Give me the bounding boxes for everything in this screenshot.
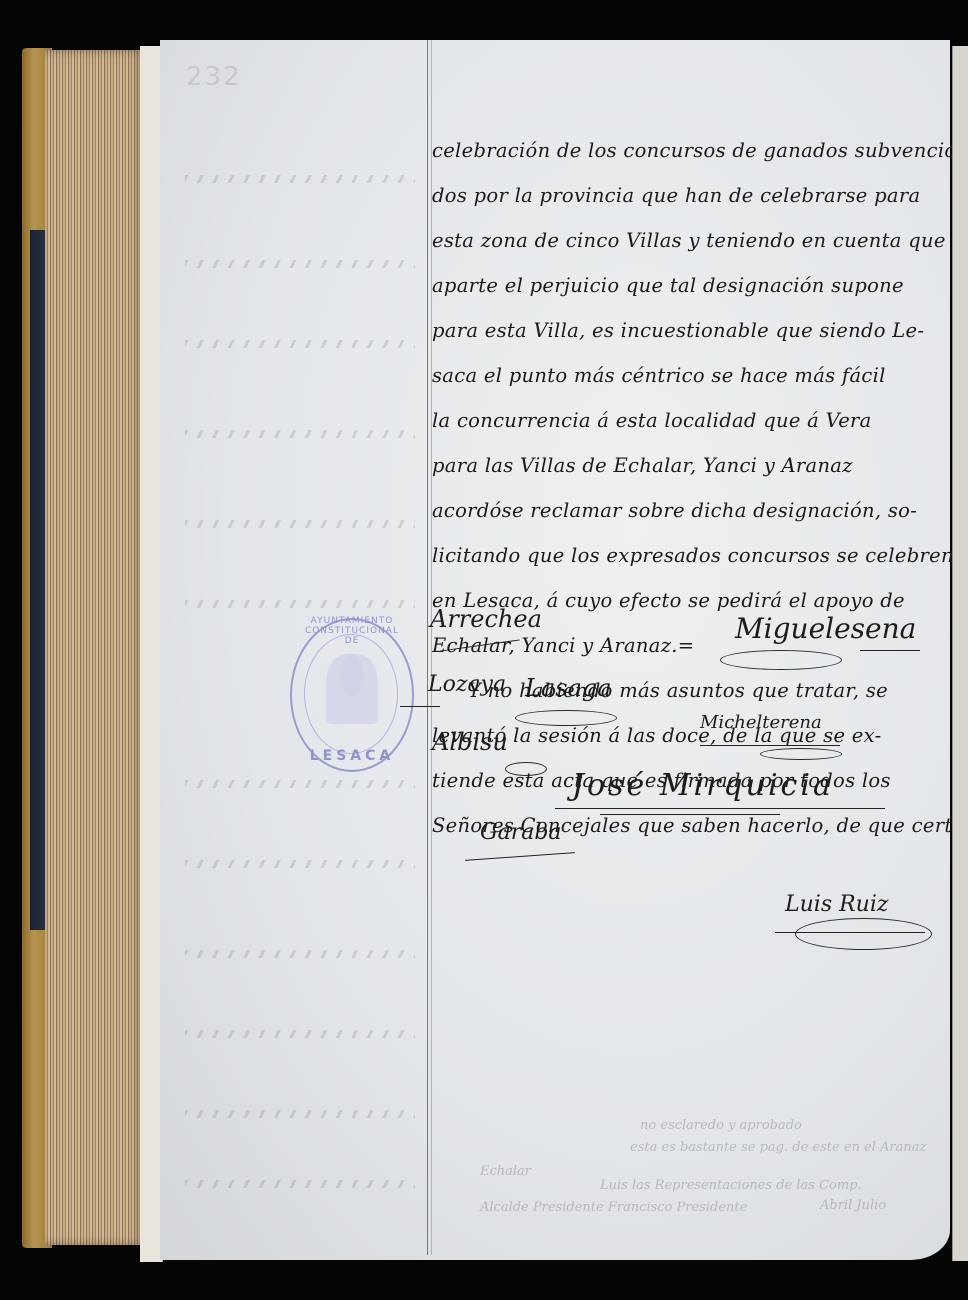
signature-albisu: Albisu <box>432 728 508 756</box>
bleed-footer-5: Abril Julio <box>820 1198 886 1213</box>
body-line: para las Villas de Echalar, Yanci y Aran… <box>432 443 952 488</box>
body-line: levantó la sesión á las doce, de la que … <box>432 713 952 758</box>
signature-flourish <box>795 918 932 950</box>
minutes-body: celebración de los concursos de ganados … <box>432 128 952 848</box>
signature-flourish <box>600 814 780 815</box>
seal-coat-of-arms-icon <box>326 654 378 724</box>
bleed-footer-3: Echalar <box>480 1164 531 1179</box>
signature-garaba: Garaba <box>480 820 562 845</box>
signature-arrechea: Arrechea <box>430 605 542 633</box>
signature-jose-mirquicia: José Mirquicia <box>572 768 834 803</box>
signature-miguelesena: Miguelesena <box>735 612 916 645</box>
bleed-footer-4: Luis las Representaciones de las Comp. <box>600 1178 862 1193</box>
signature-flourish <box>700 745 840 746</box>
signature-lozaya: Lozaya <box>428 672 506 697</box>
signature-flourish <box>555 808 885 809</box>
signature-flourish <box>505 762 547 776</box>
right-page-edge <box>952 46 968 1261</box>
body-line: celebración de los concursos de ganados … <box>432 128 952 173</box>
signature-flourish <box>775 932 925 933</box>
body-line: la concurrencia á esta localidad que á V… <box>432 398 952 443</box>
signature-lasaga: Lasaga <box>525 674 612 702</box>
signature-flourish <box>760 748 842 760</box>
signature-flourish <box>720 650 842 670</box>
body-line: aparte el perjuicio que tal designación … <box>432 263 952 308</box>
body-line: para esta Villa, es incuestionable que s… <box>432 308 952 353</box>
signature-michelterena: Michelterena <box>700 712 822 733</box>
signature-luis-ruiz: Luis Ruiz <box>785 892 888 917</box>
signature-flourish <box>860 650 920 651</box>
body-line: dos por la provincia que han de celebrar… <box>432 173 952 218</box>
signature-flourish <box>515 710 617 726</box>
municipal-seal-stamp: AYUNTAMIENTO CONSTITUCIONAL DE LESACA <box>290 618 414 772</box>
body-line: licitando que los expresados concursos s… <box>432 533 952 578</box>
seal-top-text: AYUNTAMIENTO CONSTITUCIONAL DE <box>296 616 408 646</box>
bleed-footer-6: Alcalde Presidente Francisco Presidente <box>480 1200 747 1215</box>
page-edges-left <box>45 50 145 1245</box>
body-line: esta zona de cinco Villas y teniendo en … <box>432 218 952 263</box>
page-number: 232 <box>186 62 242 92</box>
body-line: Y no habiendo más asuntos que tratar, se <box>432 668 952 713</box>
bleed-footer-1: no esclaredo y aprobado <box>640 1118 802 1133</box>
seal-bottom-text: LESACA <box>292 748 412 764</box>
body-line: saca el punto más céntrico se hace más f… <box>432 353 952 398</box>
margin-rule <box>427 40 428 1255</box>
seal-pointer-line <box>400 706 440 707</box>
bleed-footer-2: esta es bastante se pag. de este en el A… <box>630 1140 926 1155</box>
body-line: acordóse reclamar sobre dicha designació… <box>432 488 952 533</box>
